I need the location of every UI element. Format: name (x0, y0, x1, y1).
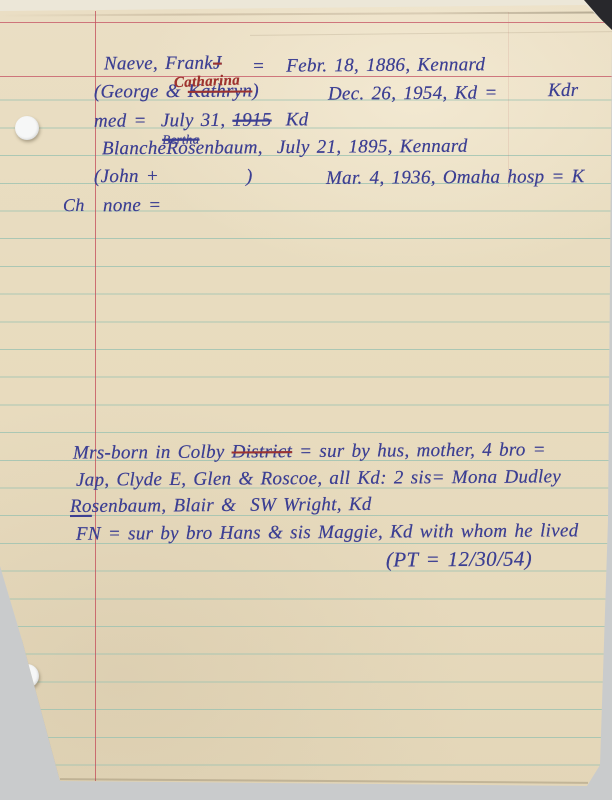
paper-crease (250, 31, 612, 36)
wife-name: Blanche (102, 138, 167, 159)
notes-line-4: FN = sur by bro Hans & sis Maggie, Kd wi… (76, 519, 579, 547)
husband-parents-line: (George & KathrynCatharina) (94, 79, 259, 104)
notes-line-1: Mrs-born in Colby District = sur by hus,… (73, 438, 546, 465)
marriage-year-struck: 1915 (232, 110, 271, 131)
bottom-edge-shadow (60, 778, 588, 784)
children-value: none = (103, 194, 161, 218)
wife-name-rest: Rosenbaum, July 21, 1895, Kennard (166, 136, 467, 159)
wife-name-line: BlancheBerthaRosenbaum, July 21, 1895, K… (102, 135, 468, 162)
husband-death-note: Kdr (548, 79, 579, 103)
notes-line1-post: = sur by hus, mother, 4 bro = (292, 439, 546, 462)
husband-birth: = Febr. 18, 1886, Kennard (252, 53, 485, 79)
marriage-line: med = July 31, 1915 Kd (94, 108, 309, 133)
notes-line1-pre: Mrs-born in Colby (73, 442, 232, 464)
notes-line1-struck: District (232, 441, 293, 462)
punch-hole-top (15, 116, 39, 140)
scanned-genealogy-page: Naeve, FrankJ = Febr. 18, 1886, Kennard … (0, 0, 612, 800)
punch-hole-bottom (15, 664, 39, 688)
notes-line3-rest: senbaum, Blair & SW Wright, Kd (92, 494, 372, 517)
children-label: Ch (63, 193, 85, 217)
marriage-post: Kd (272, 109, 309, 130)
wife-inserted-name: Bertha (162, 128, 199, 152)
red-header-rule-1 (0, 22, 612, 23)
notes-line-2: Jap, Clyde E, Glen & Roscoe, all Kd: 2 s… (76, 465, 561, 492)
paper-sheet: Naeve, FrankJ = Febr. 18, 1886, Kennard … (0, 0, 612, 800)
paper-crease (508, 12, 509, 187)
husband-parents-close: ) (252, 80, 259, 101)
husband-mother-corrected: Catharina (174, 68, 241, 95)
wife-parents-open: (John + (94, 165, 159, 189)
wife-death: Mar. 4, 1936, Omaha hosp = K (326, 165, 585, 191)
wife-parents-close: ) (246, 165, 253, 189)
notes-line-3: Rosenbaum, Blair & SW Wright, Kd (70, 493, 372, 519)
husband-death: Dec. 26, 1954, Kd = (328, 81, 498, 106)
notes-line3-underlined: Ro (70, 496, 92, 517)
paper-crease (0, 11, 612, 16)
notes-dated: (PT = 12/30/54) (386, 546, 532, 571)
